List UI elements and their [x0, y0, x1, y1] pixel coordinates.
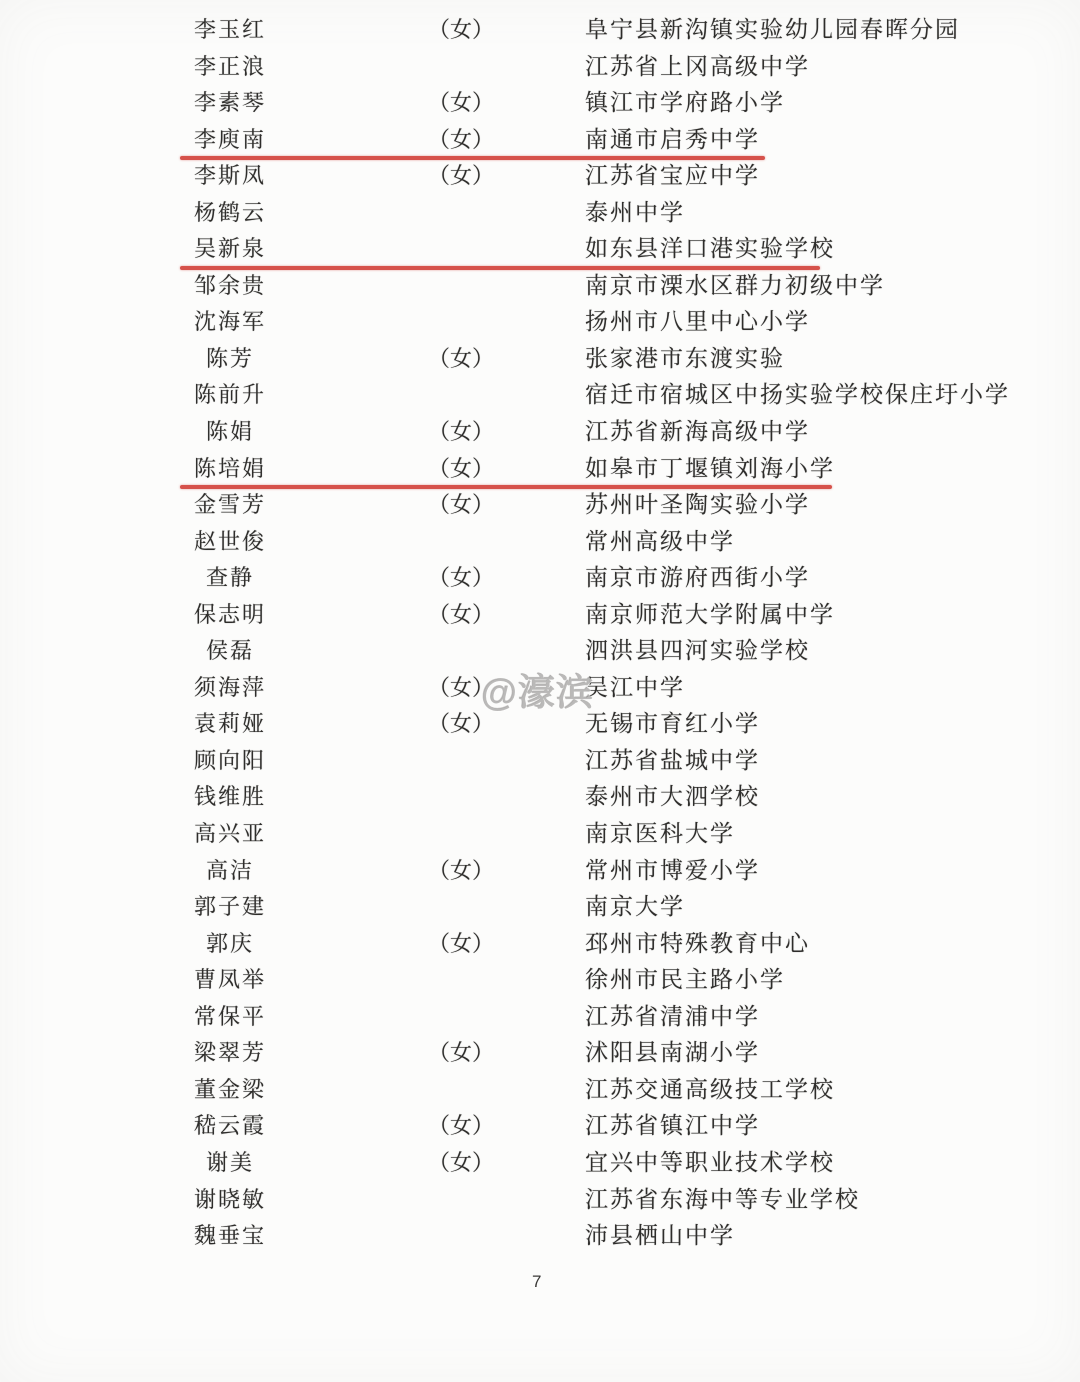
- teacher-name: 金雪芳: [186, 487, 274, 524]
- table-row: 金雪芳 （女） 苏州叶圣陶实验小学: [0, 487, 1080, 524]
- gender-label: （女）: [401, 1035, 521, 1072]
- gender-label: [401, 49, 521, 86]
- school-name: 无锡市育红小学: [585, 706, 760, 743]
- school-name: 如东县洋口港实验学校: [585, 231, 835, 268]
- school-name: 宿迁市宿城区中扬实验学校保庄圩小学: [585, 377, 1010, 414]
- gender-label: [401, 304, 521, 341]
- table-row: 李庾南 （女） 南通市启秀中学: [0, 122, 1080, 159]
- teacher-name: 高兴亚: [186, 816, 274, 853]
- gender-label: [401, 962, 521, 999]
- table-row: 赵世俊 常州高级中学: [0, 524, 1080, 561]
- gender-label: （女）: [401, 341, 521, 378]
- school-name: 苏州叶圣陶实验小学: [585, 487, 810, 524]
- gender-label: [401, 377, 521, 414]
- table-row: 钱维胜 泰州市大泗学校: [0, 779, 1080, 816]
- gender-label: （女）: [401, 85, 521, 122]
- teacher-name: 李庾南: [186, 122, 274, 159]
- school-name: 常州高级中学: [585, 524, 735, 561]
- teacher-name: 李斯凤: [186, 158, 274, 195]
- gender-label: （女）: [401, 670, 521, 707]
- teacher-name: 高洁: [186, 853, 274, 890]
- teacher-roster-list: 李玉红 （女） 阜宁县新沟镇实验幼儿园春晖分园 李正浪 江苏省上冈高级中学 李素…: [0, 12, 1080, 1255]
- gender-label: [401, 889, 521, 926]
- school-name: 江苏省东海中等专业学校: [585, 1182, 860, 1219]
- school-name: 宜兴中等职业技术学校: [585, 1145, 835, 1182]
- teacher-name: 郭子建: [186, 889, 274, 926]
- gender-label: （女）: [401, 853, 521, 890]
- table-row: 魏垂宝 沛县栖山中学: [0, 1218, 1080, 1255]
- gender-label: （女）: [401, 706, 521, 743]
- teacher-name: 梁翠芳: [186, 1035, 274, 1072]
- gender-label: （女）: [401, 122, 521, 159]
- table-row: 侯磊 泗洪县四河实验学校: [0, 633, 1080, 670]
- table-row: 保志明 （女） 南京师范大学附属中学: [0, 597, 1080, 634]
- gender-label: [401, 1182, 521, 1219]
- table-row: 沈海军 扬州市八里中心小学: [0, 304, 1080, 341]
- school-name: 南京师范大学附属中学: [585, 597, 835, 634]
- teacher-name: 吴新泉: [186, 231, 274, 268]
- table-row: 谢晓敏 江苏省东海中等专业学校: [0, 1182, 1080, 1219]
- table-row: 陈培娟 （女） 如皋市丁堰镇刘海小学: [0, 451, 1080, 488]
- gender-label: [401, 743, 521, 780]
- table-row: 邹余贵 南京市溧水区群力初级中学: [0, 268, 1080, 305]
- teacher-name: 顾向阳: [186, 743, 274, 780]
- teacher-name: 李玉红: [186, 12, 274, 49]
- school-name: 张家港市东渡实验: [585, 341, 785, 378]
- school-name: 泰州市大泗学校: [585, 779, 760, 816]
- teacher-name: 陈娟: [186, 414, 274, 451]
- table-row: 郭庆 （女） 邳州市特殊教育中心: [0, 926, 1080, 963]
- gender-label: （女）: [401, 560, 521, 597]
- school-name: 南京医科大学: [585, 816, 735, 853]
- teacher-name: 董金梁: [186, 1072, 274, 1109]
- table-row: 李正浪 江苏省上冈高级中学: [0, 49, 1080, 86]
- table-row: 郭子建 南京大学: [0, 889, 1080, 926]
- school-name: 江苏省新海高级中学: [585, 414, 810, 451]
- gender-label: [401, 231, 521, 268]
- school-name: 南京市溧水区群力初级中学: [585, 268, 885, 305]
- gender-label: （女）: [401, 12, 521, 49]
- table-row: 查静 （女） 南京市游府西街小学: [0, 560, 1080, 597]
- gender-label: （女）: [401, 926, 521, 963]
- gender-label: [401, 268, 521, 305]
- teacher-name: 曹凤举: [186, 962, 274, 999]
- table-row: 高洁 （女） 常州市博爱小学: [0, 853, 1080, 890]
- gender-label: （女）: [401, 1108, 521, 1145]
- teacher-name: 钱维胜: [186, 779, 274, 816]
- table-row: 常保平 江苏省清浦中学: [0, 999, 1080, 1036]
- gender-label: [401, 1072, 521, 1109]
- table-row: 陈娟 （女） 江苏省新海高级中学: [0, 414, 1080, 451]
- gender-label: （女）: [401, 487, 521, 524]
- page-number: 7: [0, 1272, 1074, 1292]
- school-name: 徐州市民主路小学: [585, 962, 785, 999]
- school-name: 沭阳县南湖小学: [585, 1035, 760, 1072]
- teacher-name: 保志明: [186, 597, 274, 634]
- school-name: 南通市启秀中学: [585, 122, 760, 159]
- table-row: 梁翠芳 （女） 沭阳县南湖小学: [0, 1035, 1080, 1072]
- table-row: 陈芳 （女） 张家港市东渡实验: [0, 341, 1080, 378]
- gender-label: [401, 633, 521, 670]
- school-name: 江苏交通高级技工学校: [585, 1072, 835, 1109]
- table-row: 李斯凤 （女） 江苏省宝应中学: [0, 158, 1080, 195]
- teacher-name: 李正浪: [186, 49, 274, 86]
- gender-label: [401, 816, 521, 853]
- gender-label: （女）: [401, 1145, 521, 1182]
- table-row: 高兴亚 南京医科大学: [0, 816, 1080, 853]
- gender-label: （女）: [401, 451, 521, 488]
- school-name: 江苏省镇江中学: [585, 1108, 760, 1145]
- school-name: 江苏省盐城中学: [585, 743, 760, 780]
- table-row: 顾向阳 江苏省盐城中学: [0, 743, 1080, 780]
- school-name: 常州市博爱小学: [585, 853, 760, 890]
- table-row: 谢美 （女） 宜兴中等职业技术学校: [0, 1145, 1080, 1182]
- teacher-name: 袁莉娅: [186, 706, 274, 743]
- gender-label: [401, 1218, 521, 1255]
- school-name: 江苏省上冈高级中学: [585, 49, 810, 86]
- school-name: 南京大学: [585, 889, 685, 926]
- table-row: 须海萍 （女） 吴江中学: [0, 670, 1080, 707]
- teacher-name: 谢晓敏: [186, 1182, 274, 1219]
- school-name: 沛县栖山中学: [585, 1218, 735, 1255]
- teacher-name: 陈前升: [186, 377, 274, 414]
- table-row: 袁莉娅 （女） 无锡市育红小学: [0, 706, 1080, 743]
- school-name: 泰州中学: [585, 195, 685, 232]
- gender-label: [401, 524, 521, 561]
- school-name: 江苏省清浦中学: [585, 999, 760, 1036]
- teacher-name: 谢美: [186, 1145, 274, 1182]
- gender-label: [401, 195, 521, 232]
- teacher-name: 杨鹤云: [186, 195, 274, 232]
- table-row: 曹凤举 徐州市民主路小学: [0, 962, 1080, 999]
- table-row: 杨鹤云 泰州中学: [0, 195, 1080, 232]
- gender-label: [401, 779, 521, 816]
- school-name: 邳州市特殊教育中心: [585, 926, 810, 963]
- table-row: 李素琴 （女） 镇江市学府路小学: [0, 85, 1080, 122]
- gender-label: （女）: [401, 158, 521, 195]
- gender-label: （女）: [401, 414, 521, 451]
- teacher-name: 须海萍: [186, 670, 274, 707]
- teacher-name: 陈培娟: [186, 451, 274, 488]
- teacher-name: 邹余贵: [186, 268, 274, 305]
- school-name: 泗洪县四河实验学校: [585, 633, 810, 670]
- teacher-name: 李素琴: [186, 85, 274, 122]
- school-name: 江苏省宝应中学: [585, 158, 760, 195]
- table-row: 陈前升 宿迁市宿城区中扬实验学校保庄圩小学: [0, 377, 1080, 414]
- scanned-document-page: 李玉红 （女） 阜宁县新沟镇实验幼儿园春晖分园 李正浪 江苏省上冈高级中学 李素…: [0, 0, 1080, 1382]
- school-name: 吴江中学: [585, 670, 685, 707]
- school-name: 镇江市学府路小学: [585, 85, 785, 122]
- gender-label: [401, 999, 521, 1036]
- teacher-name: 常保平: [186, 999, 274, 1036]
- teacher-name: 郭庆: [186, 926, 274, 963]
- school-name: 如皋市丁堰镇刘海小学: [585, 451, 835, 488]
- teacher-name: 魏垂宝: [186, 1218, 274, 1255]
- teacher-name: 沈海军: [186, 304, 274, 341]
- school-name: 阜宁县新沟镇实验幼儿园春晖分园: [585, 12, 960, 49]
- table-row: 吴新泉 如东县洋口港实验学校: [0, 231, 1080, 268]
- table-row: 董金梁 江苏交通高级技工学校: [0, 1072, 1080, 1109]
- teacher-name: 赵世俊: [186, 524, 274, 561]
- table-row: 嵇云霞 （女） 江苏省镇江中学: [0, 1108, 1080, 1145]
- teacher-name: 侯磊: [186, 633, 274, 670]
- gender-label: （女）: [401, 597, 521, 634]
- school-name: 扬州市八里中心小学: [585, 304, 810, 341]
- teacher-name: 查静: [186, 560, 274, 597]
- teacher-name: 嵇云霞: [186, 1108, 274, 1145]
- teacher-name: 陈芳: [186, 341, 274, 378]
- school-name: 南京市游府西街小学: [585, 560, 810, 597]
- table-row: 李玉红 （女） 阜宁县新沟镇实验幼儿园春晖分园: [0, 12, 1080, 49]
